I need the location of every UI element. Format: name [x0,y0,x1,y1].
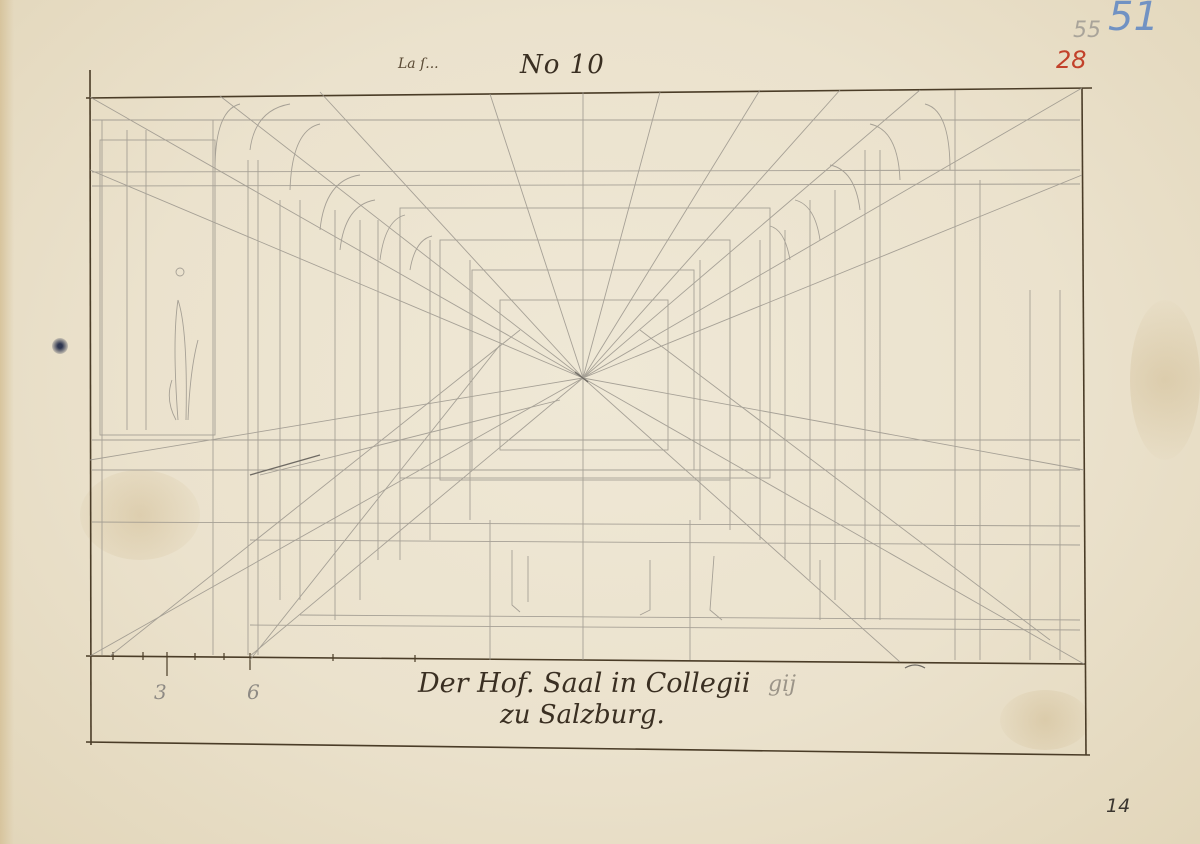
caption-line-2: zu Salzburg. [500,700,665,730]
ink-frame [86,70,1092,755]
scale-label-6: 6 [247,680,260,704]
ink-blot [52,338,68,354]
archive-number-blue: 51 [1108,0,1159,40]
plate-prefix: La ſ... [398,56,439,72]
scale-ticks [113,652,415,676]
caption-line-1: Der Hof. Saal in Collegii [418,668,750,699]
pencil-construction [90,88,1084,664]
archive-number-red: 28 [1056,46,1087,74]
archive-number-gray: 55 [1073,18,1101,43]
scale-label-3: 3 [154,680,167,704]
page-number: 14 [1106,795,1130,817]
plate-number: No 10 [520,50,605,80]
caption-faint-text: gij [768,672,796,697]
